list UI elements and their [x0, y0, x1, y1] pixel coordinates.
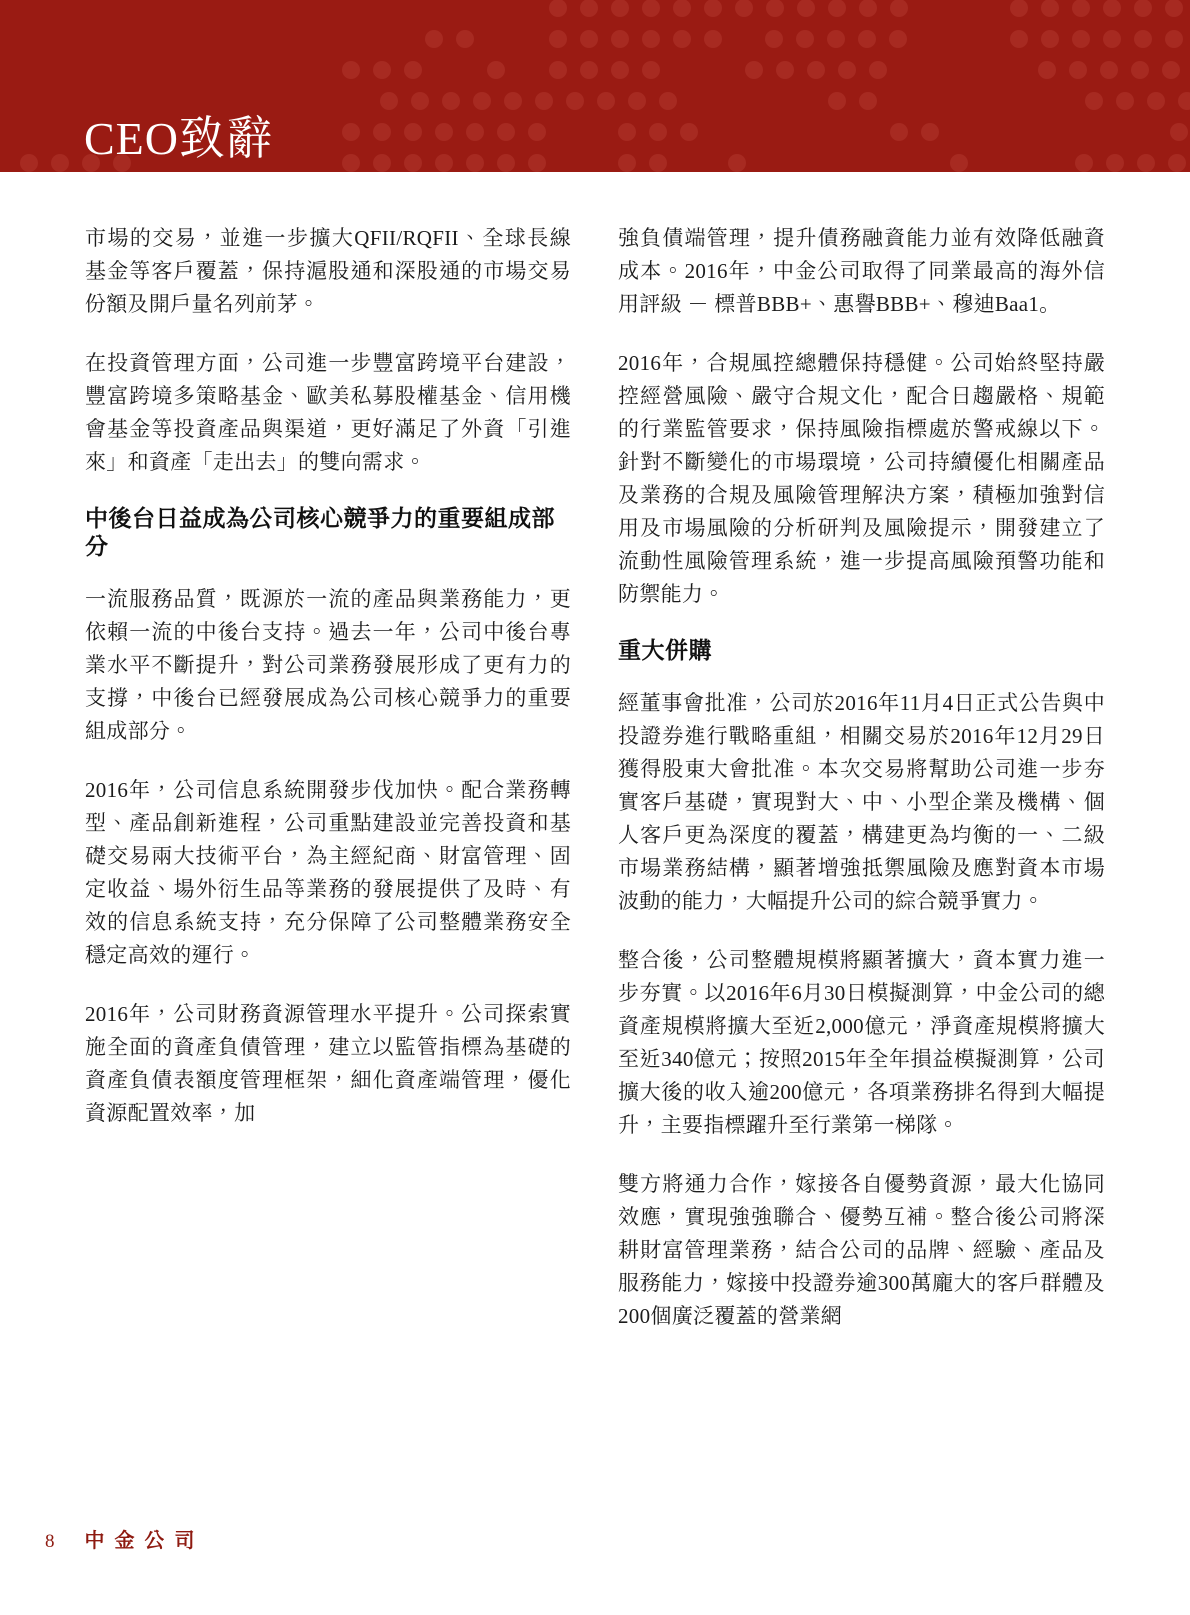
dot-decoration: [1041, 30, 1059, 48]
dot-decoration: [1010, 0, 1028, 17]
dot-decoration: [535, 92, 553, 110]
dot-decoration: [580, 61, 598, 79]
dot-decoration: [649, 123, 667, 141]
dot-decoration: [1165, 30, 1183, 48]
dot-decoration: [580, 30, 598, 48]
dot-decoration: [497, 123, 515, 141]
section-heading: 中後台日益成為公司核心競爭力的重要組成部分: [85, 505, 571, 561]
dot-decoration: [1100, 61, 1118, 79]
dot-decoration: [1170, 123, 1188, 141]
paragraph: 一流服務品質，既源於一流的產品與業務能力，更依賴一流的中後台支持。過去一年，公司…: [85, 583, 571, 748]
dot-decoration: [765, 30, 783, 48]
dot-decoration: [618, 123, 636, 141]
dot-decoration: [735, 0, 753, 17]
dot-decoration: [442, 92, 460, 110]
dot-decoration: [1134, 30, 1152, 48]
dot-decoration: [704, 30, 722, 48]
dot-decoration: [1072, 0, 1090, 17]
dot-decoration: [580, 0, 598, 17]
dot-decoration: [1165, 0, 1183, 17]
dot-decoration: [704, 0, 722, 17]
dot-decoration: [1106, 154, 1124, 172]
dot-decoration: [1072, 30, 1090, 48]
dot-decoration: [827, 30, 845, 48]
dot-decoration: [611, 61, 629, 79]
dot-decoration: [1116, 92, 1134, 110]
dot-decoration: [528, 123, 546, 141]
dot-decoration: [1134, 0, 1152, 17]
dot-decoration: [342, 123, 360, 141]
dot-decoration: [628, 92, 646, 110]
dot-decoration: [373, 61, 391, 79]
dot-decoration: [950, 154, 968, 172]
dot-decoration: [680, 123, 698, 141]
dot-decoration: [869, 61, 887, 79]
dot-decoration: [921, 123, 939, 141]
dot-decoration: [859, 0, 877, 17]
content: 市場的交易，並進一步擴大QFII/RQFII、全球長線基金等客戶覆蓋，保持滬股通…: [85, 222, 1105, 1359]
paragraph: 整合後，公司整體規模將顯著擴大，資本實力進一步夯實。以2016年6月30日模擬測…: [618, 944, 1105, 1142]
paragraph: 市場的交易，並進一步擴大QFII/RQFII、全球長線基金等客戶覆蓋，保持滬股通…: [85, 222, 571, 321]
dot-decoration: [642, 0, 660, 17]
dot-decoration: [1103, 30, 1121, 48]
dot-decoration: [1075, 154, 1093, 172]
dot-decoration: [425, 30, 443, 48]
dot-decoration: [889, 30, 907, 48]
dot-decoration: [1069, 61, 1087, 79]
dot-decoration: [435, 154, 453, 172]
dot-decoration: [1147, 92, 1165, 110]
dot-decoration: [1137, 154, 1155, 172]
dot-decoration: [797, 0, 815, 17]
dot-decoration: [859, 92, 877, 110]
dot-decoration: [858, 30, 876, 48]
dot-decoration: [456, 30, 474, 48]
dot-decoration: [1162, 61, 1180, 79]
dot-decoration: [51, 154, 69, 172]
dot-decoration: [838, 61, 856, 79]
paragraph: 2016年，公司信息系統開發步伐加快。配合業務轉型、產品創新進程，公司重點建設並…: [85, 774, 571, 972]
dot-decoration: [473, 92, 491, 110]
dot-decoration: [342, 61, 360, 79]
dot-decoration: [642, 30, 660, 48]
dot-decoration: [497, 154, 515, 172]
paragraph: 雙方將通力合作，嫁接各自優勢資源，最大化協同效應，實現強強聯合、優勢互補。整合後…: [618, 1168, 1105, 1333]
dot-decoration: [435, 123, 453, 141]
dot-decoration: [1131, 61, 1149, 79]
dot-decoration: [728, 154, 746, 172]
dot-decoration: [549, 30, 567, 48]
dot-decoration: [1103, 0, 1121, 17]
paragraph: 2016年，公司財務資源管理水平提升。公司探索實施全面的資產負債管理，建立以監管…: [85, 998, 571, 1130]
dot-decoration: [642, 61, 660, 79]
section-heading: 重大併購: [618, 637, 1105, 665]
dot-decoration: [659, 92, 677, 110]
paragraph: 強負債端管理，提升債務融資能力並有效降低融資成本。2016年，中金公司取得了同業…: [618, 222, 1105, 321]
dot-decoration: [404, 154, 422, 172]
dot-decoration: [890, 0, 908, 17]
dot-decoration: [1178, 92, 1190, 110]
dot-decoration: [766, 0, 784, 17]
dot-decoration: [1085, 92, 1103, 110]
dot-decoration: [828, 92, 846, 110]
dot-decoration: [404, 123, 422, 141]
dot-decoration: [1010, 30, 1028, 48]
paragraph: 2016年，合規風控總體保持穩健。公司始終堅持嚴控經營風險、嚴守合規文化，配合日…: [618, 347, 1105, 611]
dot-decoration: [20, 154, 38, 172]
dot-decoration: [566, 92, 584, 110]
dot-decoration: [611, 30, 629, 48]
page-footer: 8 中金公司: [45, 1524, 205, 1553]
document-page: CEO致辭 市場的交易，並進一步擴大QFII/RQFII、全球長線基金等客戶覆蓋…: [0, 0, 1190, 1615]
page-banner: CEO致辭: [0, 0, 1190, 172]
dot-decoration: [890, 123, 908, 141]
page-number: 8: [45, 1531, 55, 1553]
paragraph: 經董事會批准，公司於2016年11月4日正式公告與中投證券進行戰略重組，相關交易…: [618, 687, 1105, 918]
dot-decoration: [466, 123, 484, 141]
dot-decoration: [342, 154, 360, 172]
dot-decoration: [373, 154, 391, 172]
dot-decoration: [466, 154, 484, 172]
dot-decoration: [504, 92, 522, 110]
dot-decoration: [528, 154, 546, 172]
dot-decoration: [649, 154, 667, 172]
dot-decoration: [373, 123, 391, 141]
dot-decoration: [776, 61, 794, 79]
left-column: 市場的交易，並進一步擴大QFII/RQFII、全球長線基金等客戶覆蓋，保持滬股通…: [85, 222, 571, 1359]
dot-decoration: [1038, 61, 1056, 79]
dot-decoration: [380, 92, 398, 110]
dot-decoration: [796, 30, 814, 48]
dot-decoration: [745, 61, 763, 79]
dot-decoration: [673, 30, 691, 48]
company-name: 中金公司: [85, 1524, 205, 1553]
dot-decoration: [1168, 154, 1186, 172]
dot-decoration: [673, 0, 691, 17]
dot-decoration: [597, 92, 615, 110]
dot-decoration: [828, 0, 846, 17]
dot-decoration: [1041, 0, 1059, 17]
dot-decoration: [549, 61, 567, 79]
paragraph: 在投資管理方面，公司進一步豐富跨境平台建設，豐富跨境多策略基金、歐美私募股權基金…: [85, 347, 571, 479]
dot-decoration: [611, 0, 629, 17]
dot-decoration: [618, 154, 636, 172]
page-title: CEO致辭: [84, 116, 273, 162]
dot-decoration: [549, 0, 567, 17]
dot-decoration: [411, 92, 429, 110]
right-column: 強負債端管理，提升債務融資能力並有效降低融資成本。2016年，中金公司取得了同業…: [618, 222, 1105, 1359]
dot-decoration: [487, 61, 505, 79]
dot-decoration: [404, 61, 422, 79]
dot-decoration: [807, 61, 825, 79]
